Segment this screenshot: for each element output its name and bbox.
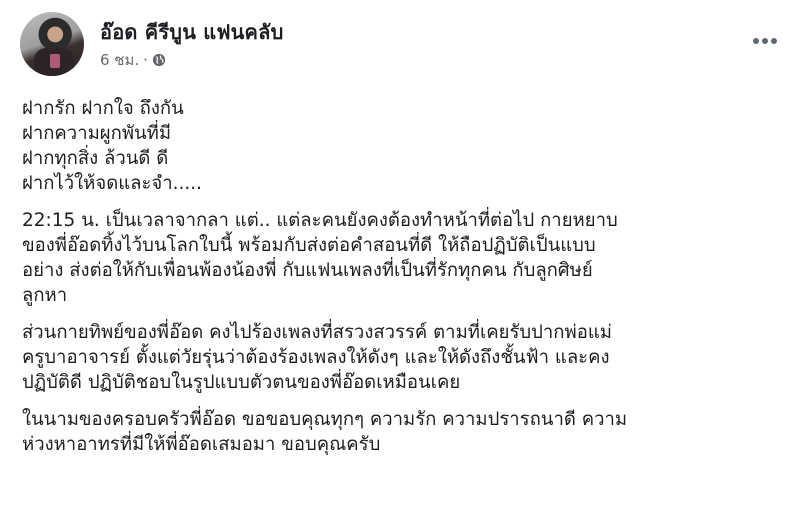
post-paragraph: ในนามของครอบครัวพี่อ๊อด ขอขอบคุณทุกๆ ควา… bbox=[22, 407, 782, 457]
globe-icon[interactable] bbox=[152, 53, 166, 67]
post-body: ฝากรัก ฝากใจ ถึงกัน ฝากความผูกพันที่มี ฝ… bbox=[22, 96, 782, 469]
avatar[interactable] bbox=[20, 12, 84, 76]
author-name[interactable]: อ๊อด คีรีบูน แฟนคลับ bbox=[100, 16, 283, 48]
avatar-detail bbox=[50, 54, 60, 68]
post-meta: 6 ชม. · bbox=[100, 48, 166, 72]
post-paragraph: ฝากรัก ฝากใจ ถึงกัน ฝากความผูกพันที่มี ฝ… bbox=[22, 96, 782, 196]
post-timestamp[interactable]: 6 ชม. bbox=[100, 48, 139, 72]
more-horizontal-icon bbox=[753, 38, 759, 44]
post-header: อ๊อด คีรีบูน แฟนคลับ 6 ชม. · bbox=[20, 12, 780, 78]
more-horizontal-icon bbox=[762, 38, 768, 44]
more-horizontal-icon bbox=[771, 38, 777, 44]
meta-separator: · bbox=[143, 51, 148, 69]
post-paragraph: ส่วนกายทิพย์ของพี่อ๊อด คงไปร้องเพลงที่สร… bbox=[22, 320, 782, 395]
more-options-button[interactable] bbox=[750, 34, 780, 48]
facebook-post: อ๊อด คีรีบูน แฟนคลับ 6 ชม. · ฝากรัก ฝากใ… bbox=[0, 0, 800, 525]
post-paragraph: 22:15 น. เป็นเวลาจากลา แต่.. แต่ละคนยังค… bbox=[22, 208, 782, 308]
